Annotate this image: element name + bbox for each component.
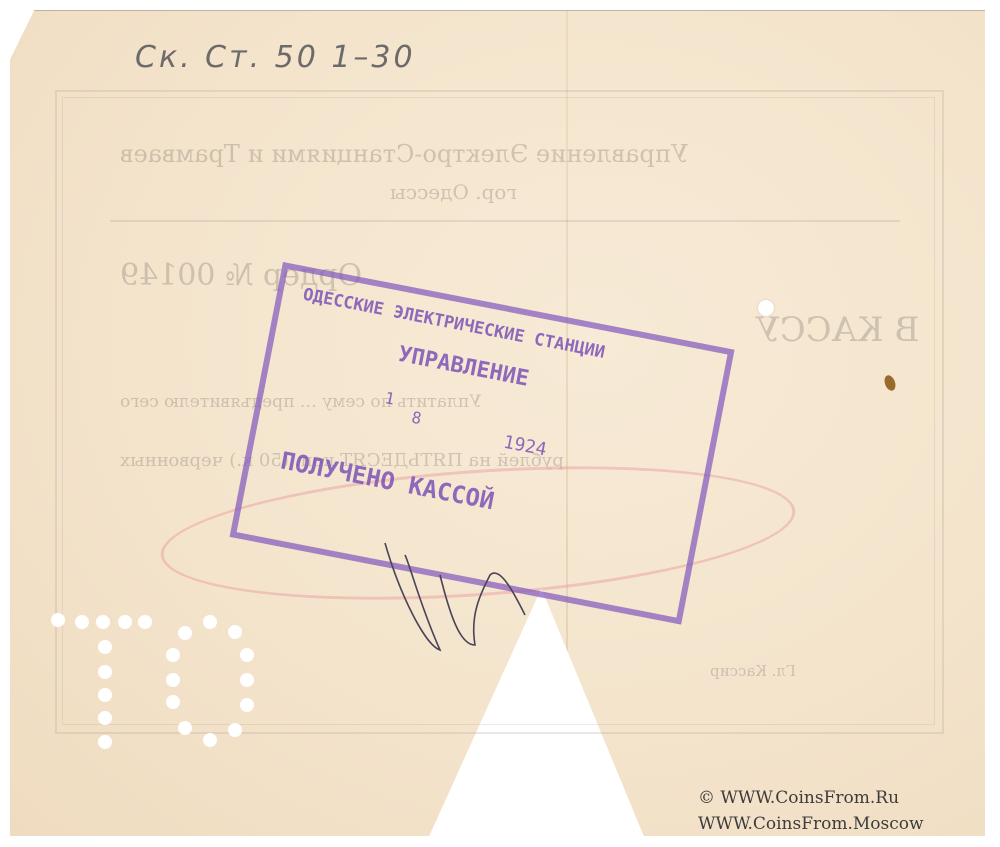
mirrored-footer: Гл. Кассир: [710, 662, 796, 680]
stamp-day: 1: [383, 388, 396, 408]
perforation-letters: [45, 610, 265, 755]
mirrored-title: В КАССУ: [755, 310, 919, 350]
perforated-edge: [981, 11, 989, 836]
watermark-moscow: WWW.CoinsFrom.Moscow: [698, 814, 924, 834]
signature: [380, 535, 550, 655]
watermark-ru: © WWW.CoinsFrom.Ru: [698, 788, 899, 808]
punch-hole: [758, 300, 774, 316]
stamp-year: 1924: [502, 432, 549, 461]
divider: [110, 220, 900, 222]
mirrored-header-line1: Управление Электро-Станциями и Трамваев: [120, 140, 688, 168]
stamp-received: ПОЛУЧЕНО КАССОЙ: [278, 447, 496, 516]
pencil-note: Ск. Ст. 50 1–30: [135, 40, 416, 75]
stamp-dept: УПРАВЛЕНИЕ: [396, 342, 531, 392]
mirrored-header-line2: гор. Одессы: [390, 180, 517, 204]
stamp-month: 8: [410, 408, 423, 428]
